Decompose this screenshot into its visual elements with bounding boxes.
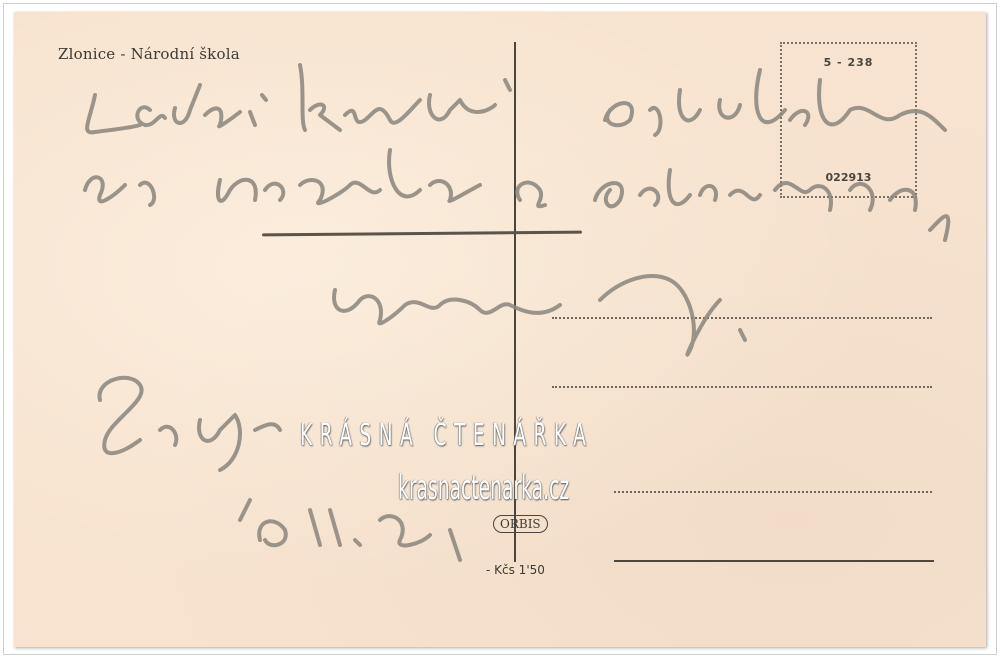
publisher-logo: ORBIS: [493, 515, 548, 533]
address-line-1: [552, 317, 932, 319]
stamp-box: 5 - 238 022913: [780, 42, 917, 198]
price-label: - Kčs 1'50: [486, 563, 545, 577]
address-line-4: [614, 560, 934, 562]
watermark-title: KRÁSNÁ ČTENÁŘKA: [300, 418, 593, 453]
printed-title: Zlonice - Národní škola: [58, 45, 240, 63]
address-line-3: [614, 491, 932, 493]
address-line-2: [552, 386, 932, 388]
watermark-url: krasnactenarka.cz: [398, 468, 569, 508]
stamp-code: 5 - 238: [782, 56, 915, 69]
stamp-number: 022913: [782, 171, 915, 184]
